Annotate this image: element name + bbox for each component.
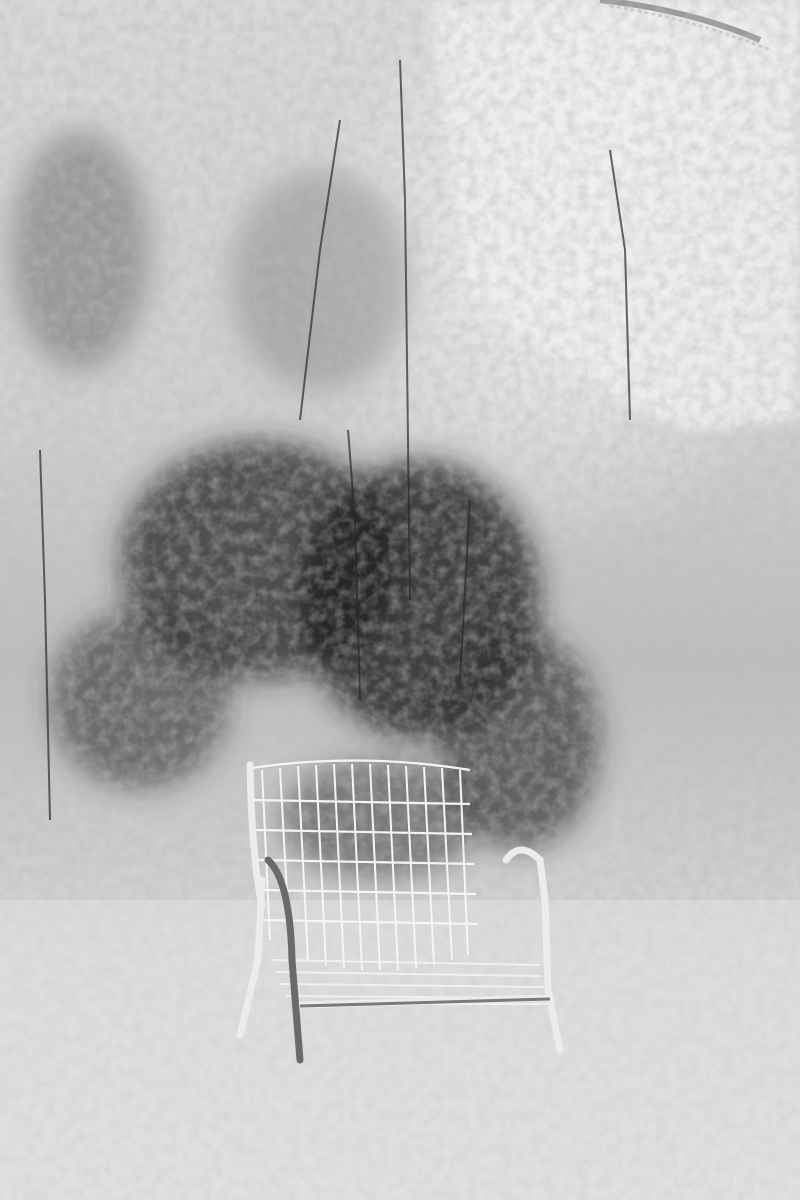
scene: [0, 0, 800, 1200]
photograph: High-key black-and-white photograph of a…: [0, 0, 800, 1200]
grass-field: [0, 900, 800, 1200]
